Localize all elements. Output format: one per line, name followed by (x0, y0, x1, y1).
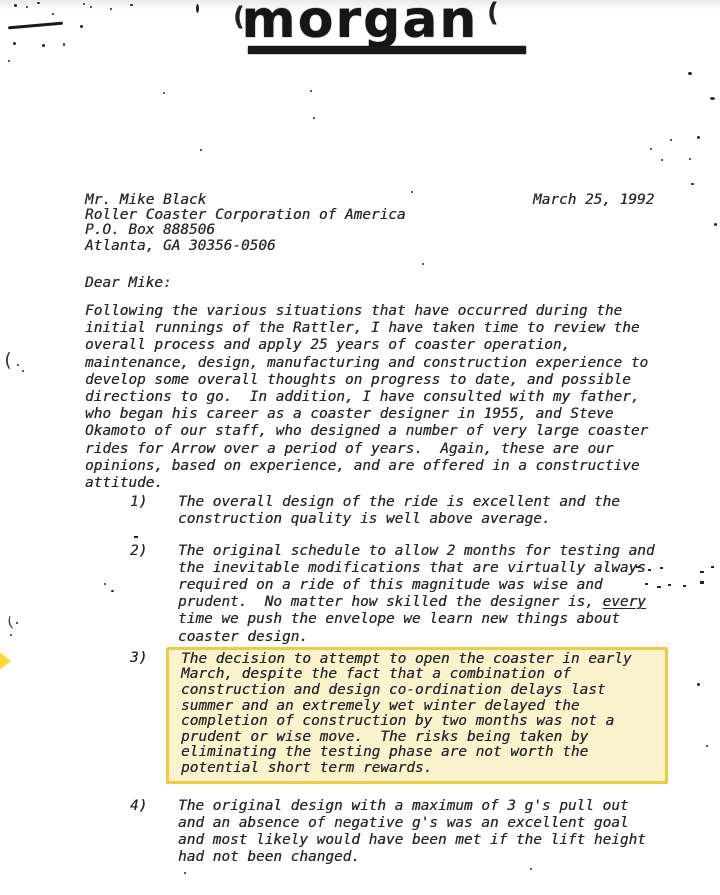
point-2-text-before: The original schedule to allow 2 months … (178, 543, 655, 611)
company-logo: morgan (0, 0, 720, 46)
scan-paren-mark-right: ( (487, 0, 499, 28)
opening-paragraph: Following the various situations that ha… (85, 303, 685, 492)
point-4-text: The original design with a maximum of 3 … (178, 798, 670, 867)
recipient-city: Atlanta, GA 30356-0506 (85, 239, 720, 254)
yellow-arrow-icon (0, 650, 11, 672)
scanned-letter-page: ( morgan ( Mr. Mike Black Roller Coaster… (0, 0, 720, 895)
recipient-pobox: P.O. Box 888506 (85, 223, 720, 238)
letter-date: March 25, 1992 (533, 193, 654, 208)
point-1-number: 1) (130, 494, 178, 511)
letterhead: ( morgan ( (0, 0, 720, 56)
point-4: 4) The original design with a maximum of… (85, 798, 720, 867)
scan-paren-artifact-1: ( (2, 349, 13, 371)
point-2-text: The original schedule to allow 2 months … (178, 543, 670, 646)
address-row: Mr. Mike Black Roller Coaster Corporatio… (85, 193, 720, 254)
point-2-number: 2) (130, 543, 178, 560)
point-2-underlined-word: every (603, 594, 646, 610)
recipient-company: Roller Coaster Corporation of America (85, 208, 720, 223)
point-3: 3) The decision to attempt to open the c… (85, 647, 720, 784)
point-3-text: The decision to attempt to open the coas… (181, 652, 659, 777)
point-1: 1) The overall design of the ride is exc… (85, 494, 720, 528)
letter-body: Mr. Mike Black Roller Coaster Corporatio… (0, 193, 720, 866)
point-1-text: The overall design of the ride is excell… (178, 494, 670, 528)
point-2: 2) The original schedule to allow 2 mont… (85, 543, 720, 646)
point-2-text-after: time we push the envelope we learn new t… (178, 611, 620, 644)
point-4-number: 4) (130, 798, 178, 815)
salutation: Dear Mike: (85, 276, 720, 291)
numbered-points: 1) The overall design of the ride is exc… (85, 494, 720, 866)
yellow-highlight-box: The decision to attempt to open the coas… (166, 647, 668, 784)
logo-underline (248, 46, 526, 54)
